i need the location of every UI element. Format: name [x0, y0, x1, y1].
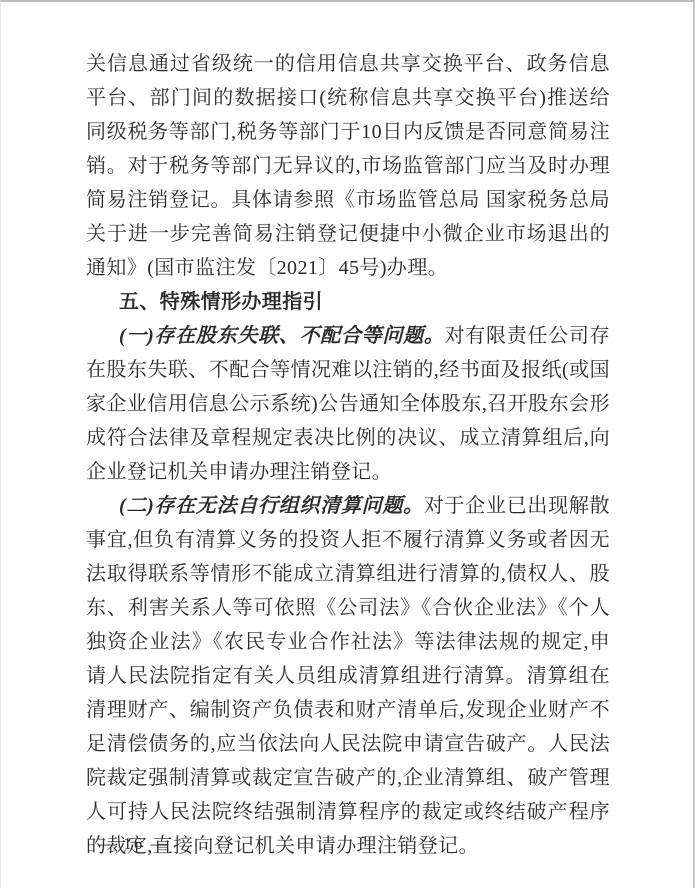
paragraph-continuation: 关信息通过省级统一的信用信息共享交换平台、政务信息平台、部门间的数据接口(统称信…	[86, 47, 610, 285]
page-number: — 16 —	[98, 834, 170, 854]
paragraph-item-2-lead: (二)存在无法自行组织清算问题。	[119, 495, 424, 517]
paragraph-item-2: (二)存在无法自行组织清算问题。对于企业已出现解散事宜,但负有清算义务的投资人拒…	[86, 489, 610, 863]
section-heading: 五、特殊情形办理指引	[86, 285, 610, 319]
paragraph-item-1: (一)存在股东失联、不配合等问题。对有限责任公司存在股东失联、不配合等情况难以注…	[86, 319, 610, 489]
page-content: 关信息通过省级统一的信用信息共享交换平台、政务信息平台、部门间的数据接口(统称信…	[86, 47, 610, 863]
paragraph-item-1-body: 对有限责任公司存在股东失联、不配合等情况难以注销的,经书面及报纸(或国家企业信用…	[86, 325, 610, 483]
paragraph-item-1-lead: (一)存在股东失联、不配合等问题。	[119, 325, 445, 347]
paragraph-item-2-body: 对于企业已出现解散事宜,但负有清算义务的投资人拒不履行清算义务或者因无法取得联系…	[86, 495, 610, 857]
scanned-document-page: 关信息通过省级统一的信用信息共享交换平台、政务信息平台、部门间的数据接口(统称信…	[0, 0, 695, 888]
